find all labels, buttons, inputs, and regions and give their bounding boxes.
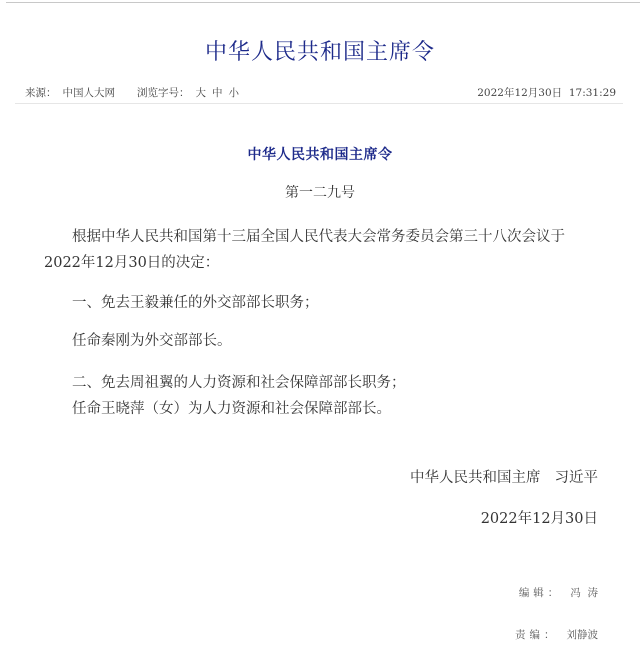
font-size-label: 浏览字号： (137, 84, 190, 102)
source-label: 来源： (25, 84, 57, 102)
signature-date: 2022年12月30日 (481, 507, 598, 531)
chief-editor-line: 责编：刘静波 (515, 627, 598, 643)
item-one-dismissal: 一、免去王毅兼任的外交部部长职务； (72, 290, 622, 316)
item-two-appointment: 任命王晓萍（女）为人力资源和社会保障部部长。 (72, 396, 622, 422)
signature-block: 中华人民共和国主席习近平 (410, 466, 598, 490)
item-one-appointment: 任命秦刚为外交部部长。 (72, 328, 622, 354)
document-heading: 中华人民共和国主席令 (0, 144, 640, 166)
editor-line: 编辑：冯 涛 (519, 585, 598, 601)
document-number: 第一二九号 (0, 182, 640, 204)
source-value: 中国人大网 (63, 84, 116, 102)
editor-name: 冯 涛 (570, 587, 598, 599)
article-meta-bar: 来源：中国人大网浏览字号：大中小 2022年12月30日 17:31:29 (15, 84, 623, 104)
publish-datetime: 2022年12月30日 17:31:29 (477, 84, 616, 102)
font-size-large-button[interactable]: 大 (196, 84, 207, 102)
item-two-dismissal: 二、免去周祖翼的人力资源和社会保障部部长职务； (72, 370, 622, 396)
chief-editor-name: 刘静波 (567, 629, 599, 641)
font-size-medium-button[interactable]: 中 (212, 84, 223, 102)
meta-left: 来源：中国人大网浏览字号：大中小 (25, 84, 245, 102)
chief-editor-label: 责编： (515, 629, 559, 641)
editor-label: 编辑： (519, 587, 563, 599)
top-divider (6, 2, 640, 3)
page-title: 中华人民共和国主席令 (0, 38, 640, 68)
signature-title: 中华人民共和国主席 (410, 470, 541, 486)
font-size-small-button[interactable]: 小 (229, 84, 240, 102)
signature-name: 习近平 (555, 470, 599, 486)
intro-paragraph: 根据中华人民共和国第十三届全国人民代表大会常务委员会第三十八次会议于2022年1… (44, 224, 594, 276)
